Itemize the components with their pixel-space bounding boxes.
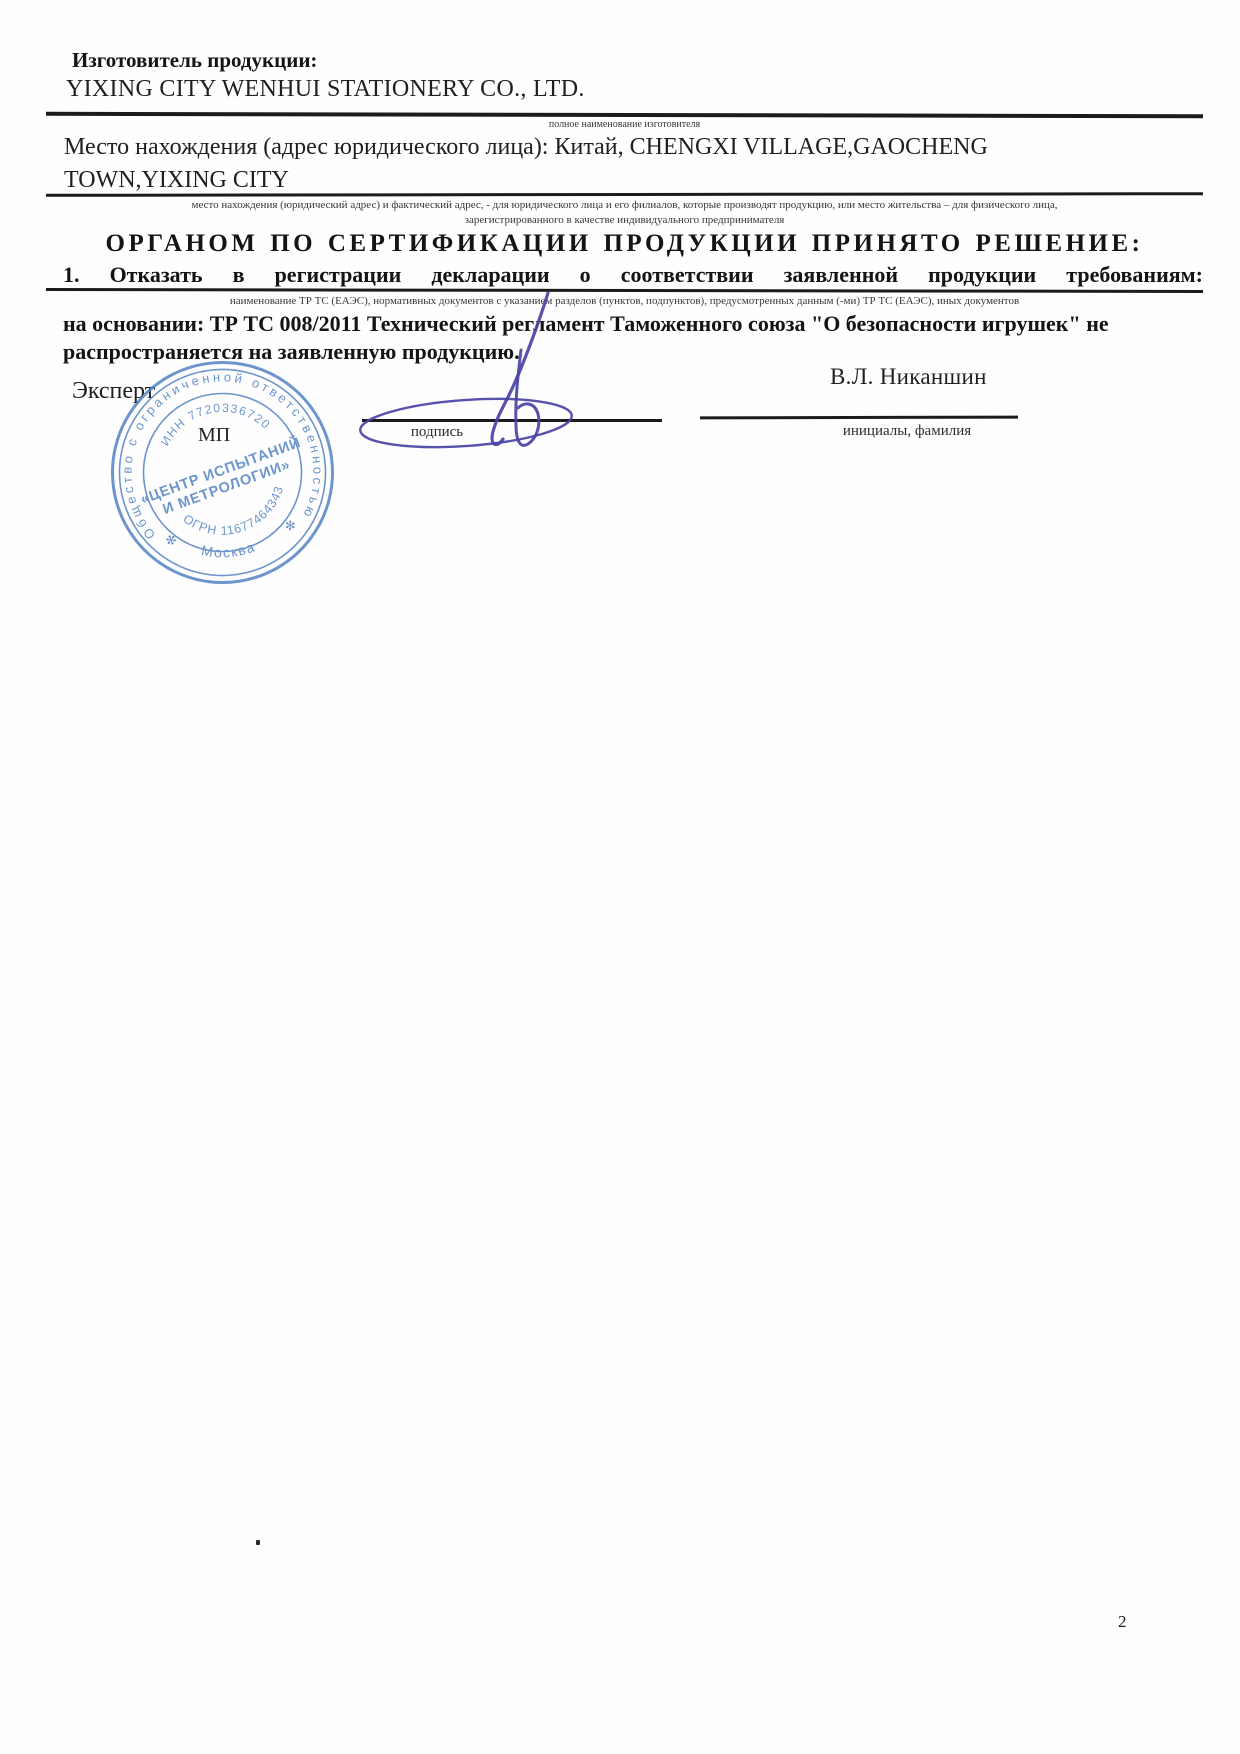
location-text: Место нахождения (адрес юридического лиц… [64, 131, 1214, 197]
company-stamp: Общество с ограниченной ответственностью… [100, 350, 345, 595]
stamp-city-text: Москва [198, 535, 258, 564]
stamp-star-right: ✻ [284, 518, 295, 533]
decision-item-1: 1. Отказать в регистрации декларации о с… [63, 262, 1203, 288]
stamp-star-left: ✻ [163, 531, 179, 549]
handwritten-signature [340, 280, 600, 465]
manufacturer-name: YIXING CITY WENHUI STATIONERY CO., LTD. [66, 76, 585, 103]
scanned-document-page: Изготовитель продукции: YIXING CITY WENH… [0, 0, 1240, 1754]
divider-line [46, 112, 1203, 118]
location-caption-line-1: место нахождения (юридический адрес) и ф… [46, 199, 1203, 211]
expert-name: В.Л. Никаншин [830, 364, 987, 390]
name-line [700, 416, 1018, 420]
name-caption: инициалы, фамилия [782, 423, 1032, 440]
mp-label: МП [198, 424, 230, 447]
divider-line [46, 288, 1203, 293]
location-line-1: Место нахождения (адрес юридического лиц… [64, 131, 1214, 164]
manufacturer-caption: полное наименование изготовителя [46, 119, 1203, 130]
decision-item-caption: наименование ТР ТС (ЕАЭС), нормативных д… [46, 295, 1203, 307]
scan-speck [256, 1540, 260, 1545]
manufacturer-label: Изготовитель продукции: [72, 48, 317, 73]
location-caption-line-2: зарегистрированного в качестве индивидуа… [46, 214, 1203, 226]
page-number: 2 [1118, 1612, 1127, 1632]
decision-heading: ОРГАНОМ ПО СЕРТИФИКАЦИИ ПРОДУКЦИИ ПРИНЯТ… [46, 230, 1203, 258]
